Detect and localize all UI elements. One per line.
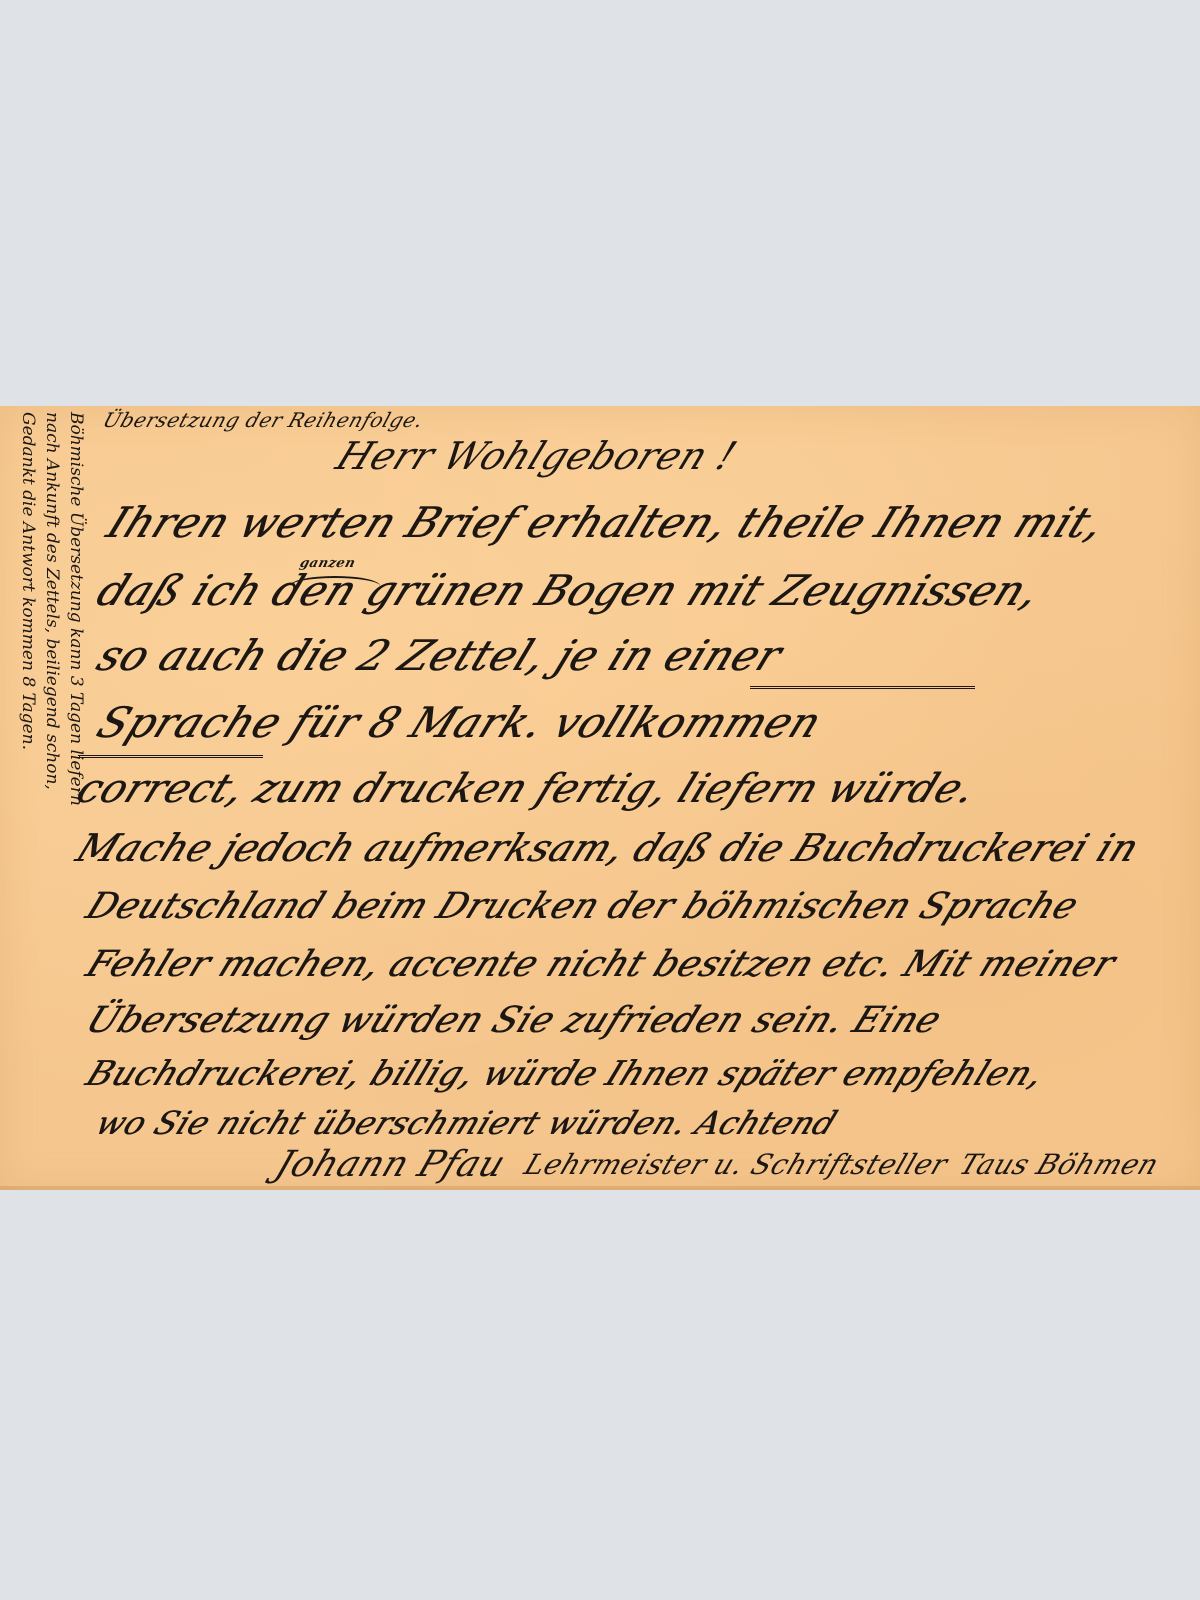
body-line-9: Übersetzung würden Sie zufrieden sein. E… [80, 1000, 947, 1041]
body-line-1: Ihren werten Brief erhalten, theile Ihne… [100, 498, 1112, 547]
underline-sprache [78, 753, 263, 758]
body-line-7: Deutschland beim Drucken der böhmischen … [80, 886, 1084, 927]
salutation: Herr Wohlgeboren ! [330, 434, 743, 478]
postcard: Übersetzung der Reihenfolge. Herr Wohlge… [0, 406, 1200, 1190]
body-line-10: Buchdruckerei, billig, würde Ihnen späte… [80, 1054, 1050, 1094]
body-line-2: daß ich den grünen Bogen mit Zeugnissen, [90, 566, 1048, 615]
body-line-11: wo Sie nicht überschmiert würden. Achten… [90, 1104, 843, 1142]
margin-note-line-1: Böhmische Übersetzung kann 3 Tagen liefe… [66, 412, 86, 806]
body-line-8: Fehler machen, accente nicht besitzen et… [80, 944, 1121, 985]
signature-name: Johann Pfau [270, 1144, 511, 1185]
signature-title: Lehrmeister u. Schriftsteller [520, 1148, 952, 1181]
body-line-4: Sprache für 8 Mark. vollkommen [90, 698, 829, 747]
margin-note: Böhmische Übersetzung kann 3 Tagen liefe… [8, 412, 88, 1192]
body-line-5: correct, zum drucken fertig, liefern wür… [70, 766, 983, 812]
body-line-6: Mache jedoch aufmerksam, daß die Buchdru… [70, 826, 1146, 870]
margin-note-line-2: nach Ankunft des Zettels, beiliegend sch… [42, 412, 62, 790]
signature-location: Taus Böhmen [955, 1148, 1164, 1181]
body-line-3: so auch die 2 Zettel, je in einer [90, 631, 789, 680]
underline-in-einer [750, 684, 975, 689]
header-note: Übersetzung der Reihenfolge. [100, 408, 427, 432]
margin-note-line-3: Gedankt die Antwort kommen 8 Tagen. [18, 412, 38, 750]
body-line-3-text: so auch die 2 Zettel, je in einer [90, 631, 789, 680]
